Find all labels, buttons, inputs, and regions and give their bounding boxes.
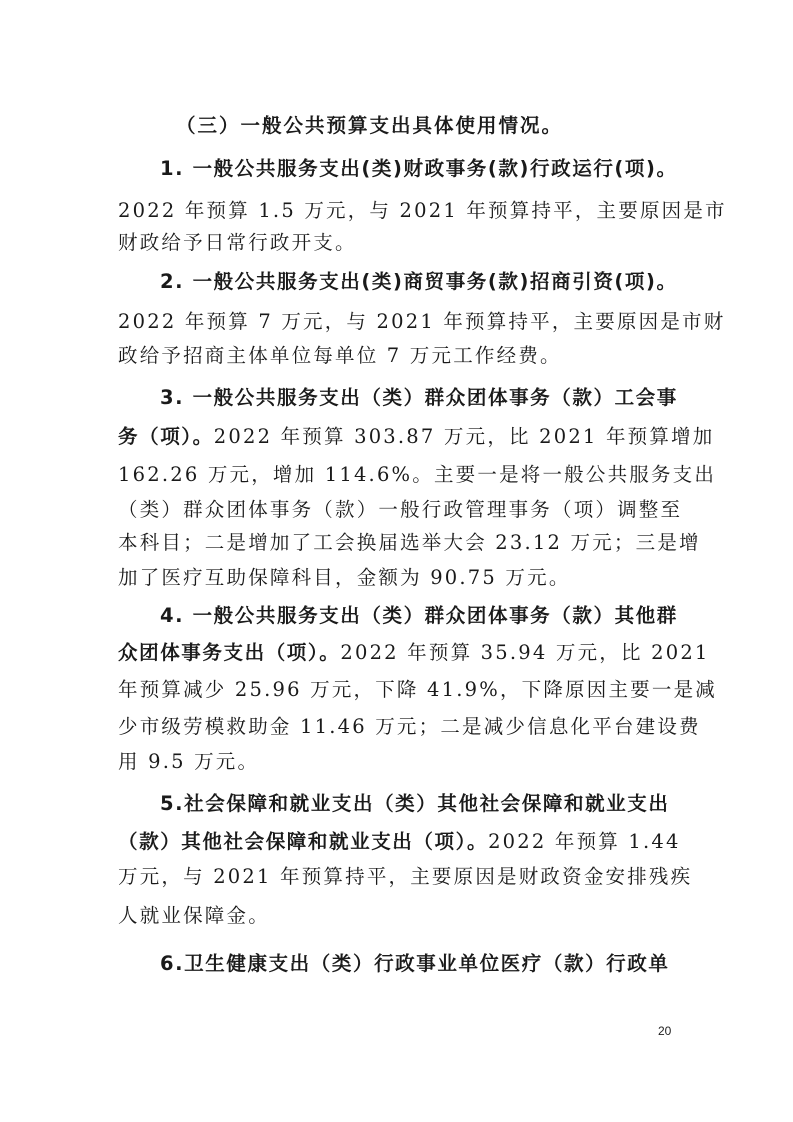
item-3-body-line: 加了医疗互助保障科目，金额为 90.75 万元。: [118, 566, 678, 590]
item-4-body-start: 2022 年预算 35.94 万元，比 2021: [340, 641, 709, 664]
item-4-heading-tail: 众团体事务支出（项）。: [118, 641, 340, 664]
item-5-heading: 5.社会保障和就业支出（类）其他社会保障和就业支出: [160, 792, 720, 816]
section-title: （三）一般公共预算支出具体使用情况。: [176, 114, 736, 138]
item-5-mixed-line: （款）其他社会保障和就业支出（项）。2022 年预算 1.44: [118, 830, 678, 854]
document-page: （三）一般公共预算支出具体使用情况。 1. 一般公共服务支出(类)财政事务(款)…: [0, 0, 793, 1122]
item-6-heading: 6.卫生健康支出（类）行政事业单位医疗（款）行政单: [160, 952, 720, 976]
item-5-heading-tail: （款）其他社会保障和就业支出（项）。: [118, 830, 488, 853]
item-2-body-line: 政给予招商主体单位每单位 7 万元工作经费。: [118, 344, 678, 368]
item-5-body-line: 人就业保障金。: [118, 904, 678, 928]
item-1-body-line: 2022 年预算 1.5 万元，与 2021 年预算持平，主要原因是市: [118, 199, 678, 223]
item-3-body-line: 162.26 万元，增加 114.6%。主要一是将一般公共服务支出: [118, 463, 678, 487]
item-5-body-start: 2022 年预算 1.44: [488, 830, 681, 853]
item-3-body-line: （类）群众团体事务（款）一般行政管理事务（项）调整至: [118, 498, 678, 522]
item-1-heading: 1. 一般公共服务支出(类)财政事务(款)行政运行(项)。: [160, 157, 720, 181]
page-number: 20: [658, 1024, 671, 1038]
item-1-body-line: 财政给予日常行政开支。: [118, 231, 678, 255]
item-3-body-start: 2022 年预算 303.87 万元，比 2021 年预算增加: [214, 425, 715, 448]
item-4-body-line: 少市级劳模救助金 11.46 万元；二是减少信息化平台建设费: [118, 715, 678, 739]
item-2-body-line: 2022 年预算 7 万元，与 2021 年预算持平，主要原因是市财: [118, 310, 678, 334]
item-3-heading: 3. 一般公共服务支出（类）群众团体事务（款）工会事: [160, 386, 720, 410]
item-2-heading: 2. 一般公共服务支出(类)商贸事务(款)招商引资(项)。: [160, 270, 720, 294]
item-4-body-line: 年预算减少 25.96 万元，下降 41.9%，下降原因主要一是减: [118, 678, 678, 702]
item-3-heading-tail: 务（项）。: [118, 425, 214, 448]
item-3-mixed-line: 务（项）。2022 年预算 303.87 万元，比 2021 年预算增加: [118, 425, 678, 449]
item-4-body-line: 用 9.5 万元。: [118, 750, 678, 774]
item-5-body-line: 万元，与 2021 年预算持平，主要原因是财政资金安排残疾: [118, 865, 678, 889]
item-4-mixed-line: 众团体事务支出（项）。2022 年预算 35.94 万元，比 2021: [118, 641, 678, 665]
item-3-body-line: 本科目；二是增加了工会换届选举大会 23.12 万元；三是增: [118, 531, 678, 555]
item-4-heading: 4. 一般公共服务支出（类）群众团体事务（款）其他群: [160, 604, 720, 628]
